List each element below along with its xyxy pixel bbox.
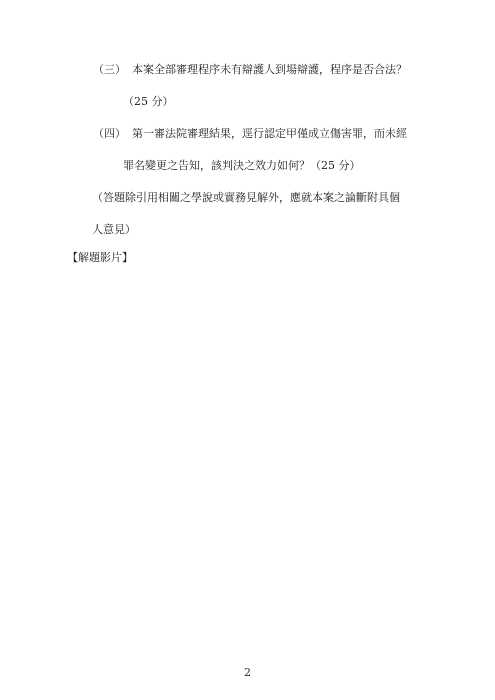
- question-item-3-points: （25 分）: [123, 94, 174, 110]
- question-item-4-text: 第一審法院審理結果，逕行認定甲僅成立傷害罪，而未經: [132, 127, 407, 140]
- question-item-4-continued: 罪名變更之告知，該判決之效力如何？（25 分）: [123, 158, 361, 174]
- document-page: （三）本案全部審理程序未有辯護人到場辯護，程序是否合法？ （25 分） （四）第…: [0, 0, 495, 700]
- question-item-3: （三）本案全部審理程序未有辯護人到場辯護，程序是否合法？: [93, 62, 407, 78]
- page-number: 2: [0, 666, 495, 680]
- solution-video-label: 【解題影片】: [67, 250, 133, 266]
- list-marker-3: （三）: [93, 62, 126, 78]
- question-item-3-text: 本案全部審理程序未有辯護人到場辯護，程序是否合法？: [132, 63, 407, 76]
- list-marker-4: （四）: [93, 126, 126, 142]
- question-item-4: （四）第一審法院審理結果，逕行認定甲僅成立傷害罪，而未經: [93, 126, 407, 142]
- answer-note-line-1: （答題除引用相關之學說或實務見解外，應就本案之論斷附具個: [92, 190, 400, 206]
- answer-note-line-2: 人意見）: [92, 222, 136, 238]
